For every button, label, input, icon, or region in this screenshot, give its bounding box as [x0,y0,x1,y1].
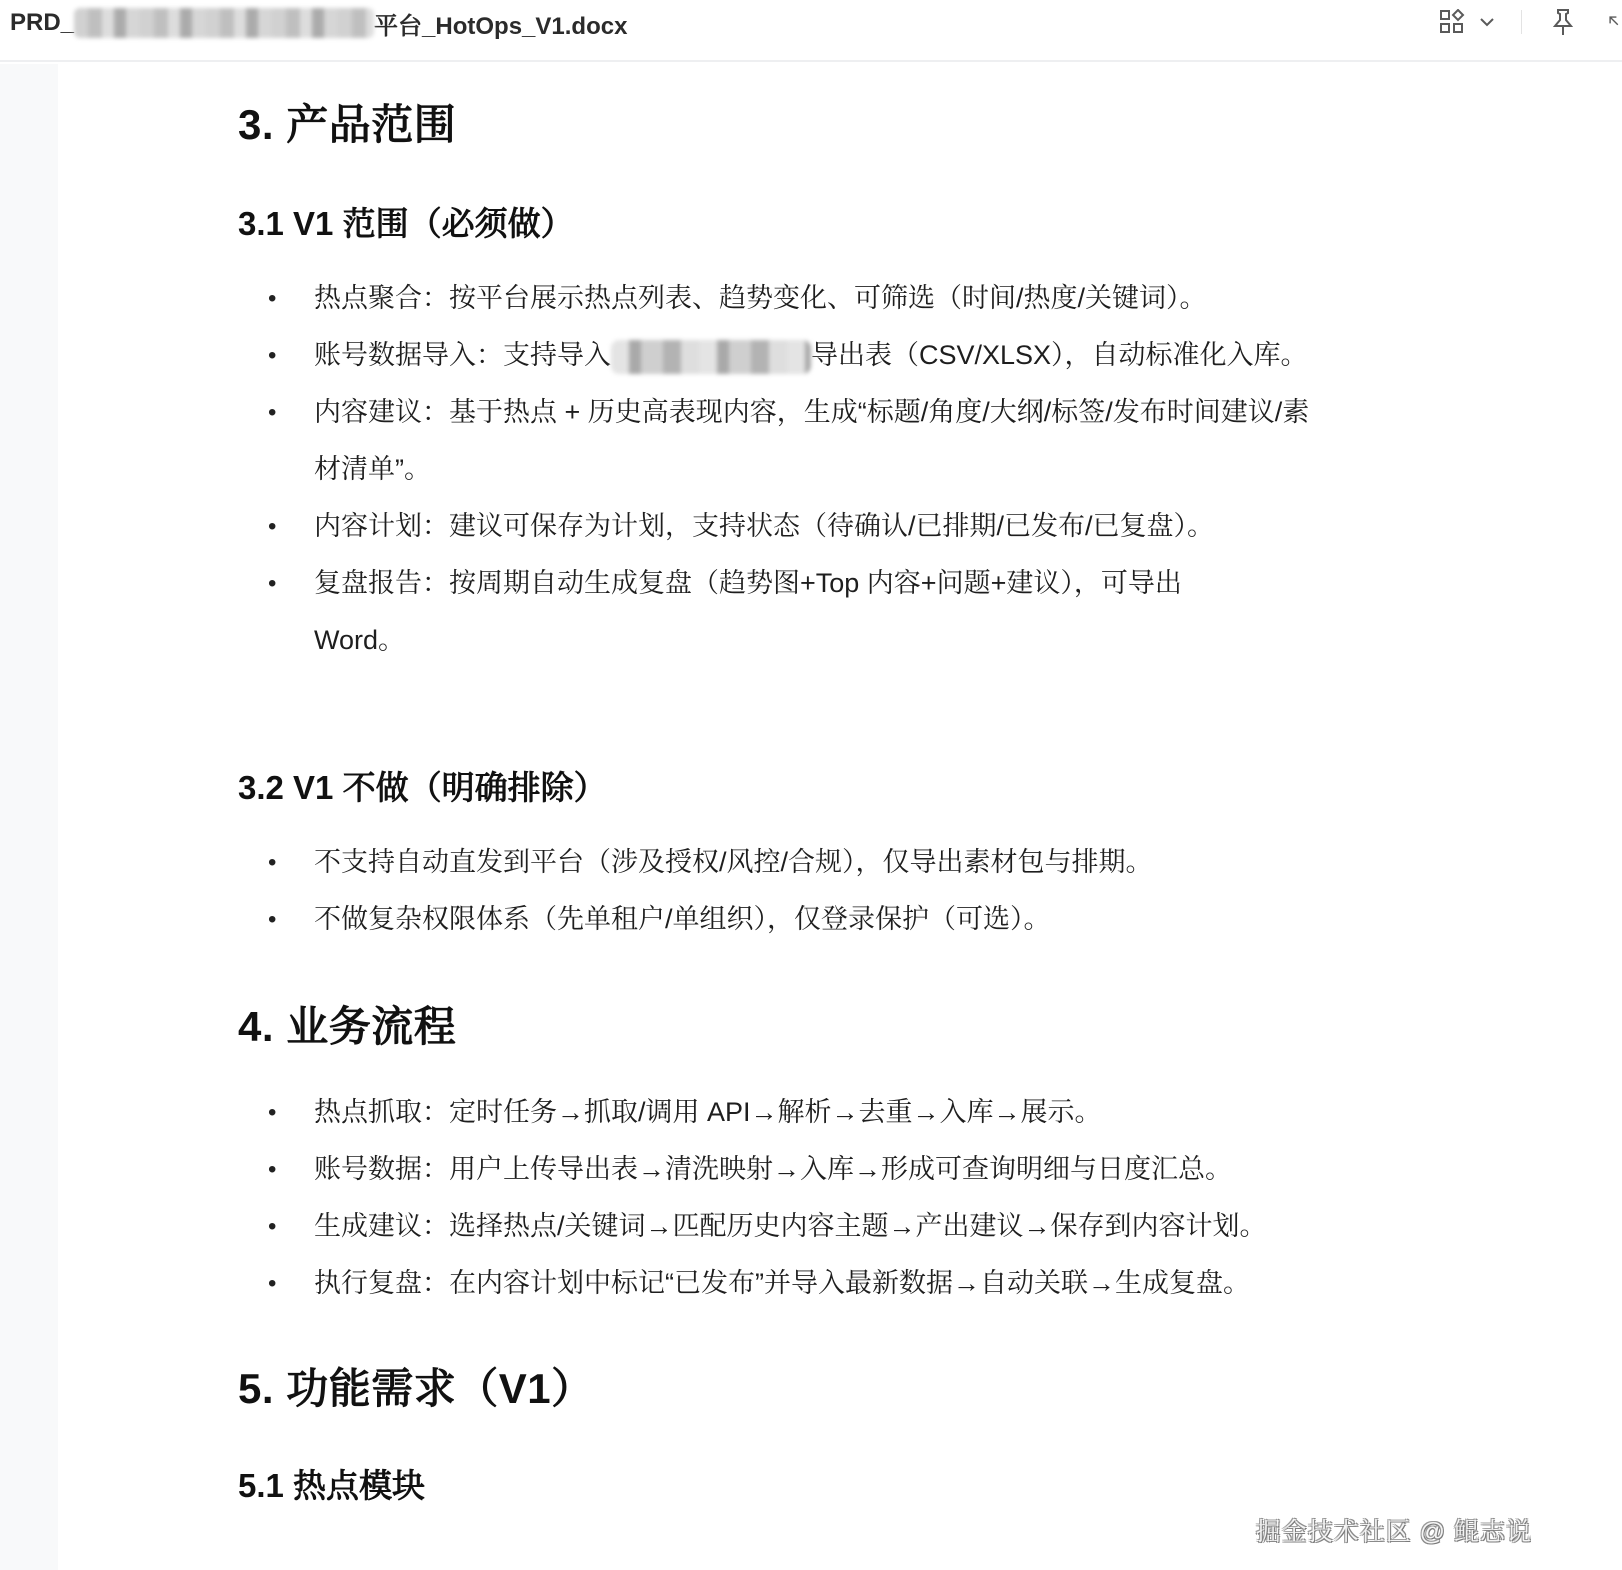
filename-suffix: 平台_HotOps_V1.docx [374,6,627,41]
filename-redacted-region [74,8,374,38]
redacted-platform-name [611,340,811,374]
heading-section-5-1: 5.1 热点模块 [238,1460,425,1507]
pin-icon[interactable] [1552,8,1574,36]
list-item: 热点抓取：定时任务→抓取/调用 API→解析→去重→入库→展示。 [224,1084,1404,1141]
list-v1-scope: 热点聚合：按平台展示热点列表、趋势变化、可筛选（时间/热度/关键词）。 账号数据… [224,270,1404,669]
filename-prefix: PRD_ [10,9,74,37]
left-gutter [0,64,58,1570]
list-item: 生成建议：选择热点/关键词→匹配历史内容主题→产出建议→保存到内容计划。 [224,1198,1404,1255]
heading-section-3-2: 3.2 V1 不做（明确排除） [238,762,607,809]
list-business-flow: 热点抓取：定时任务→抓取/调用 API→解析→去重→入库→展示。 账号数据：用户… [224,1084,1404,1312]
document-filename: PRD_ 平台_HotOps_V1.docx [10,6,627,40]
list-item: 账号数据导入：支持导入导出表（CSV/XLSX），自动标准化入库。 [224,327,1404,384]
list-item: 热点聚合：按平台展示热点列表、趋势变化、可筛选（时间/热度/关键词）。 [224,270,1404,327]
watermark: 掘金技术社区 @ 鲲志说 [1256,1512,1532,1548]
heading-section-3-1: 3.1 V1 范围（必须做） [238,198,574,245]
title-bar: PRD_ 平台_HotOps_V1.docx [0,0,1622,62]
heading-section-3: 3. 产品范围 [238,92,456,152]
document-page[interactable]: 3. 产品范围 3.1 V1 范围（必须做） 热点聚合：按平台展示热点列表、趋势… [58,64,1622,1570]
list-v1-exclusions: 不支持自动直发到平台（涉及授权/风控/合规），仅导出素材包与排期。 不做复杂权限… [224,834,1404,948]
chevron-down-icon[interactable] [1479,16,1495,28]
heading-section-5: 5. 功能需求（V1） [238,1356,594,1416]
toolbar-divider [1521,10,1522,34]
toolbar [1439,0,1622,44]
collapse-arrow-icon[interactable] [1608,12,1622,32]
list-item: 不做复杂权限体系（先单租户/单组织），仅登录保护（可选）。 [224,891,1404,948]
list-item: 不支持自动直发到平台（涉及授权/风控/合规），仅导出素材包与排期。 [224,834,1404,891]
list-item: 内容计划：建议可保存为计划，支持状态（待确认/已排期/已发布/已复盘）。 [224,498,1404,555]
list-item: 内容建议：基于热点 + 历史高表现内容，生成“标题/角度/大纲/标签/发布时间建… [224,384,1404,498]
list-item: 账号数据：用户上传导出表→清洗映射→入库→形成可查询明细与日度汇总。 [224,1141,1404,1198]
heading-section-4: 4. 业务流程 [238,994,456,1054]
apps-grid-icon[interactable] [1439,9,1465,35]
list-item: 执行复盘：在内容计划中标记“已发布”并导入最新数据→自动关联→生成复盘。 [224,1255,1404,1312]
list-item: 复盘报告：按周期自动生成复盘（趋势图+Top 内容+问题+建议），可导出Word… [224,555,1404,669]
